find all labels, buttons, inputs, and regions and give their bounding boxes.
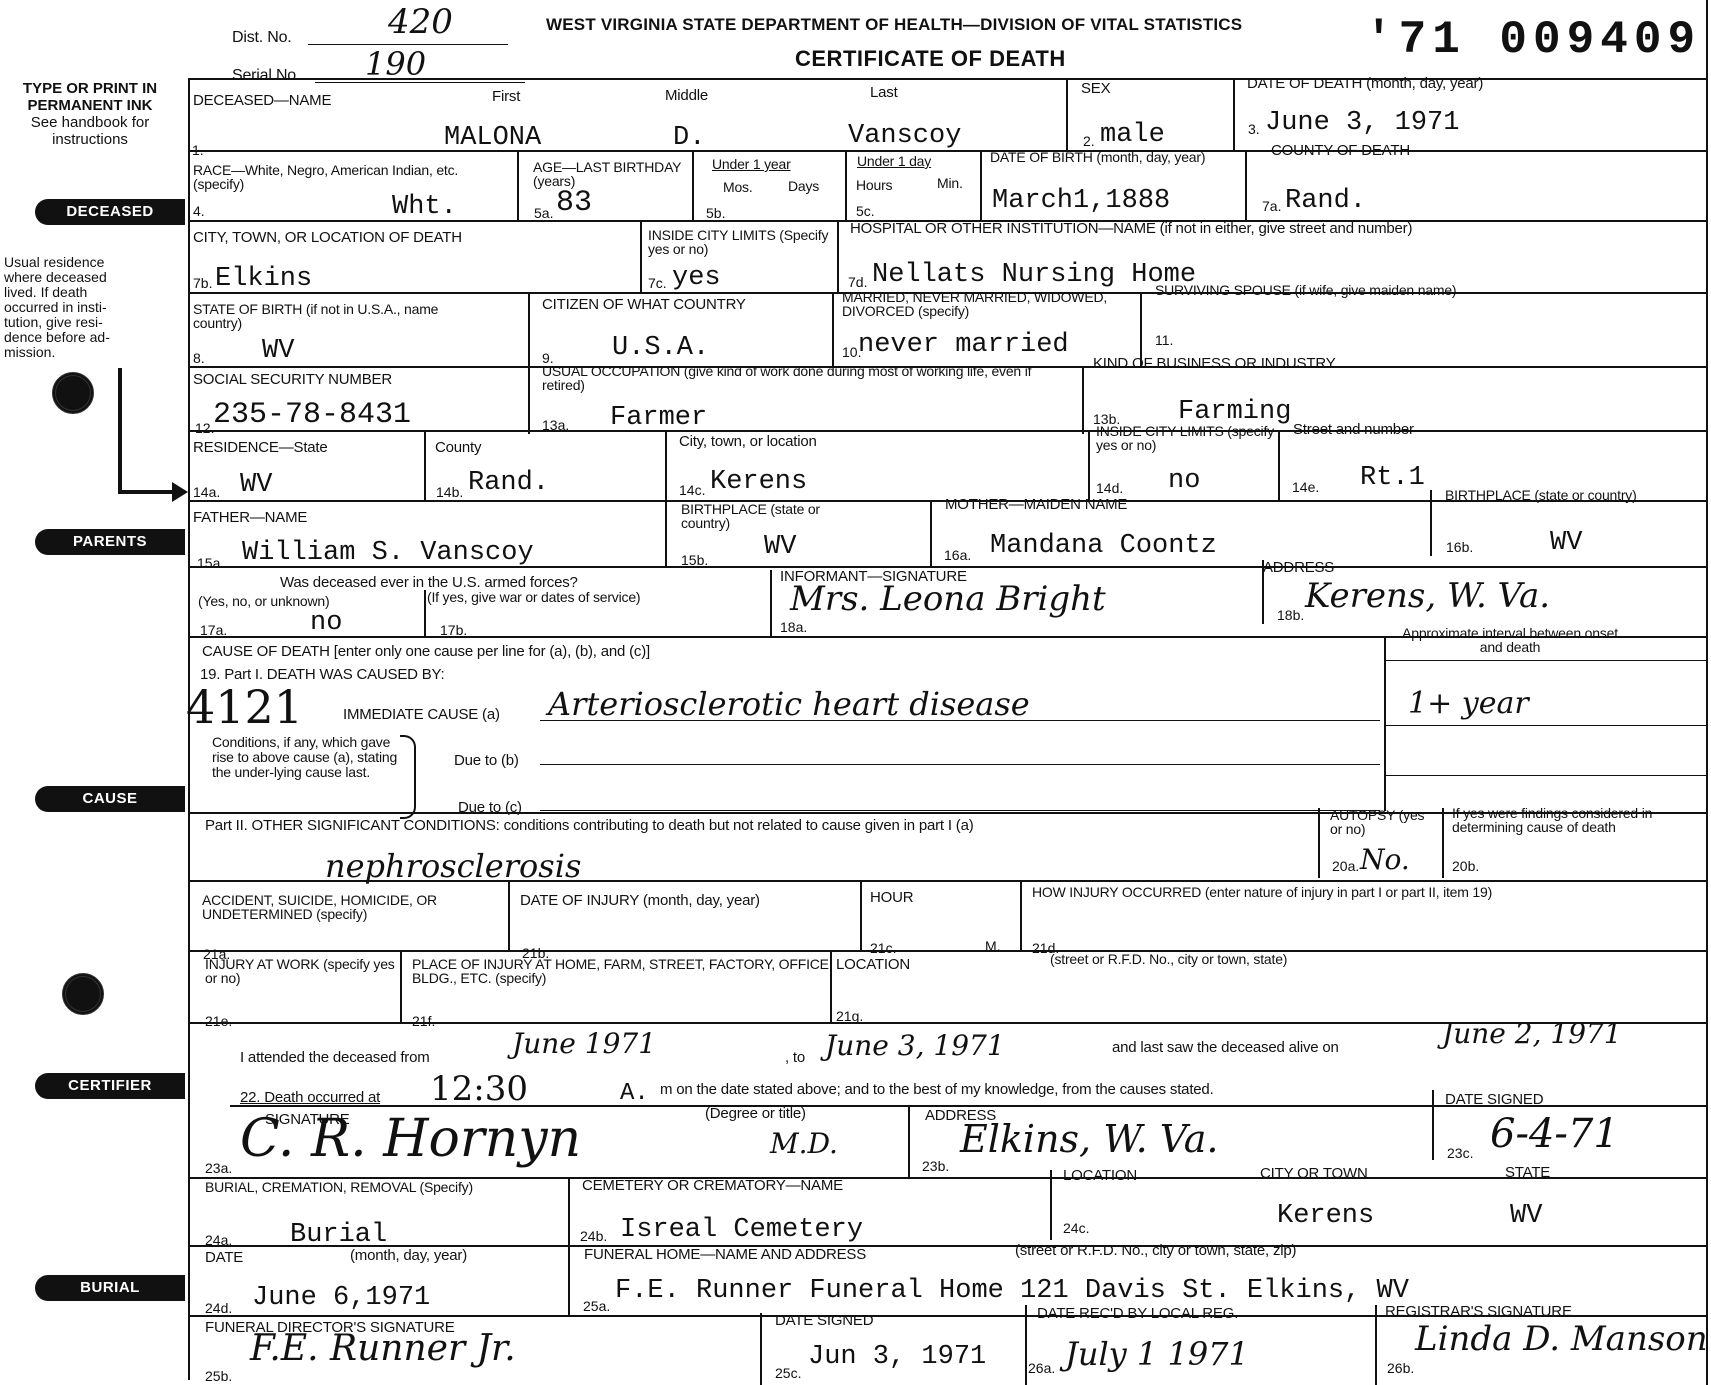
father-label: FATHER—NAME: [193, 510, 307, 525]
last-name: Vanscoy: [848, 123, 961, 150]
autopsy: No.: [1360, 846, 1410, 874]
date-of-death-label: DATE OF DEATH (month, day, year): [1247, 76, 1483, 91]
state-birth-label: STATE OF BIRTH (if not in U.S.A., name c…: [193, 302, 463, 330]
section-tab-certifier: CERTIFIER: [35, 1073, 185, 1099]
age-label: AGE—LAST BIRTHDAY (years): [533, 160, 693, 188]
received-label: DATE REC'D BY LOCAL REG.: [1037, 1306, 1238, 1321]
date-of-birth: March1,1888: [992, 188, 1170, 215]
marital-status: never married: [858, 332, 1069, 359]
race: Wht.: [392, 194, 457, 221]
burial-city-label: CITY OR TOWN: [1260, 1166, 1368, 1181]
last-seen-alive: June 2, 1971: [1442, 1020, 1622, 1048]
certifier-signature: C. R. Hornyn: [240, 1125, 581, 1153]
city-of-death: Elkins: [215, 266, 312, 293]
immediate-cause: Arteriosclerotic heart disease: [548, 690, 1030, 718]
business-label: KIND OF BUSINESS OR INDUSTRY: [1093, 356, 1336, 371]
disposition-label: BURIAL, CREMATION, REMOVAL (Specify): [205, 1180, 505, 1194]
date-received: July 1 1971: [1065, 1340, 1249, 1368]
arrow-right-icon: [172, 482, 188, 502]
mother-birthplace-label: BIRTHPLACE (state or country): [1445, 488, 1645, 502]
residence-note: Usual residence where deceased lived. If…: [4, 255, 178, 360]
father-name: William S. Vanscoy: [242, 540, 534, 567]
res-city-label: City, town, or location: [679, 434, 817, 449]
res-inside-label: INSIDE CITY LIMITS (specify yes or no): [1096, 424, 1276, 452]
ssn-label: SOCIAL SECURITY NUMBER: [193, 372, 392, 387]
manner-label: ACCIDENT, SUICIDE, HOMICIDE, OR UNDETERM…: [202, 893, 502, 921]
injury-date-label: DATE OF INJURY (month, day, year): [520, 893, 760, 908]
funeral-home: F.E. Runner Funeral Home 121 Davis St. E…: [615, 1278, 1409, 1305]
autopsy-label: AUTOPSY (yes or no): [1330, 808, 1440, 836]
funeral-date-signed: Jun 3, 1971: [808, 1344, 986, 1371]
section-tab-parents: PARENTS: [35, 529, 185, 555]
burial-date: June 6,1971: [252, 1285, 430, 1312]
punch-hole-icon: [52, 372, 94, 414]
middle-name: D.: [673, 125, 705, 152]
mother-name: Mandana Coontz: [990, 533, 1217, 560]
res-state: WV: [240, 472, 272, 499]
mother-birthplace: WV: [1550, 530, 1582, 557]
certifier-date-signed-label: DATE SIGNED: [1445, 1092, 1543, 1107]
dist-no: 420: [388, 8, 453, 36]
inside-city: yes: [672, 265, 721, 292]
section-tab-burial: BURIAL: [35, 1275, 185, 1301]
res-inside-city: no: [1168, 468, 1200, 495]
cause-header: CAUSE OF DEATH [enter only one cause per…: [202, 644, 650, 659]
director-signature: F.E. Runner Jr.: [250, 1335, 516, 1363]
hospital: Nellats Nursing Home: [872, 262, 1196, 289]
punch-hole-icon: [62, 973, 104, 1015]
hospital-label: HOSPITAL OR OTHER INSTITUTION—NAME (if n…: [850, 221, 1412, 236]
first-label: First: [492, 89, 520, 104]
burial-date-label: DATE: [205, 1250, 243, 1265]
res-county: Rand.: [468, 470, 549, 497]
serial-no: 190: [365, 50, 426, 78]
other-conditions: nephrosclerosis: [325, 852, 581, 880]
father-birthplace-label: BIRTHPLACE (state or country): [681, 502, 831, 530]
interval: 1+ year: [1408, 690, 1529, 718]
marital-label: MARRIED, NEVER MARRIED, WIDOWED, DIVORCE…: [842, 290, 1142, 318]
informant-address-label: ADDRESS: [1263, 560, 1334, 575]
death-time: 12:30: [430, 1075, 528, 1103]
attended-to: June 3, 1971: [825, 1032, 1005, 1060]
state-of-birth: WV: [262, 338, 294, 365]
arrow-line: [118, 368, 122, 493]
cemetery-label: CEMETERY OR CREMATORY—NAME: [582, 1178, 843, 1193]
dist-no-label: Dist. No.: [232, 30, 292, 45]
race-label: RACE—White, Negro, American Indian, etc.…: [193, 163, 473, 191]
county-of-death: Rand.: [1285, 188, 1366, 215]
how-injury-label: HOW INJURY OCCURRED (enter nature of inj…: [1032, 885, 1682, 899]
sex-label: SEX: [1081, 81, 1110, 96]
instructions-note: TYPE OR PRINT IN PERMANENT INK See handb…: [4, 80, 176, 148]
res-street-label: Street and number: [1293, 422, 1414, 437]
serial-no-label: Serial No.: [232, 68, 300, 83]
part2-label: Part II. OTHER SIGNIFICANT CONDITIONS: c…: [205, 818, 974, 833]
citizen-label: CITIZEN OF WHAT COUNTRY: [542, 297, 746, 312]
am-pm: A.: [620, 1080, 649, 1107]
registrar-signature: Linda D. Manson: [1415, 1325, 1708, 1353]
certifier-address: Elkins, W. Va.: [960, 1125, 1218, 1153]
injury-at-work-label: INJURY AT WORK (specify yes or no): [205, 957, 395, 985]
age: 83: [556, 190, 592, 217]
due-b-label: Due to (b): [454, 753, 519, 768]
section-tab-deceased: DECEASED: [35, 199, 185, 225]
res-city: Kerens: [710, 469, 807, 496]
hour-label: HOUR: [870, 890, 913, 905]
certifier-date-signed: 6-4-71: [1490, 1120, 1619, 1148]
registrar-signature-label: REGISTRAR'S SIGNATURE: [1385, 1304, 1572, 1319]
last-label: Last: [870, 85, 898, 100]
occupation-label: USUAL OCCUPATION (give kind of work done…: [542, 364, 1042, 392]
business: Farming: [1178, 399, 1291, 426]
certifier-degree: M.D.: [770, 1130, 838, 1158]
death-occurred-label: 22. Death occurred at: [240, 1090, 380, 1105]
informant-address: Kerens, W. Va.: [1305, 582, 1550, 610]
findings-label: If yes were findings considered in deter…: [1452, 806, 1692, 834]
brace-icon: [400, 735, 416, 819]
burial-state: WV: [1510, 1203, 1542, 1230]
father-birthplace: WV: [764, 534, 796, 561]
burial-state-label: STATE: [1505, 1165, 1550, 1180]
middle-label: Middle: [665, 88, 708, 103]
agency-title: WEST VIRGINIA STATE DEPARTMENT OF HEALTH…: [546, 15, 1242, 35]
county-label: COUNTY OF DEATH: [1271, 143, 1410, 158]
certificate-number: '71 009409: [1365, 14, 1701, 66]
attended-from: June 1971: [512, 1030, 656, 1058]
cause-code: 4121: [186, 693, 303, 721]
section-tab-cause: CAUSE: [35, 786, 185, 812]
burial-city: Kerens: [1277, 1203, 1374, 1230]
cemetery: Isreal Cemetery: [620, 1217, 863, 1244]
funeral-home-label: FUNERAL HOME—NAME AND ADDRESS: [584, 1247, 866, 1262]
interval-label: Approximate interval between onset and d…: [1395, 626, 1625, 654]
conditions-note: Conditions, if any, which gave rise to a…: [212, 735, 402, 780]
res-street: Rt.1: [1360, 465, 1425, 492]
injury-location-label: LOCATION: [836, 957, 910, 972]
page-title: CERTIFICATE OF DEATH: [795, 46, 1066, 72]
dob-label: DATE OF BIRTH (month, day, year): [990, 150, 1210, 164]
inside-city-label: INSIDE CITY LIMITS (Specify yes or no): [648, 228, 833, 256]
occupation: Farmer: [610, 405, 707, 432]
sex: male: [1100, 122, 1165, 149]
informant-signature: Mrs. Leona Bright: [790, 585, 1106, 613]
funeral-date-signed-label: DATE SIGNED: [775, 1313, 873, 1328]
arrow-line: [118, 490, 178, 494]
attended-text: I attended the deceased from: [240, 1050, 430, 1065]
armed-forces: no: [310, 610, 342, 637]
res-state-label: RESIDENCE—State: [193, 440, 328, 455]
burial-location-label: LOCATION: [1063, 1168, 1137, 1183]
name-label: DECEASED—NAME: [193, 93, 331, 108]
spouse-label: SURVIVING SPOUSE (if wife, give maiden n…: [1155, 283, 1456, 297]
armed-forces-label: Was deceased ever in the U.S. armed forc…: [280, 575, 578, 590]
ssn: 235-78-8431: [213, 402, 411, 429]
injury-place-label: PLACE OF INJURY AT HOME, FARM, STREET, F…: [412, 957, 832, 985]
date-of-death: June 3, 1971: [1265, 110, 1459, 137]
city-label: CITY, TOWN, OR LOCATION OF DEATH: [193, 230, 462, 245]
res-county-label: County: [435, 440, 481, 455]
immediate-cause-label: IMMEDIATE CAUSE (a): [343, 707, 500, 722]
mother-label: MOTHER—MAIDEN NAME: [945, 497, 1127, 512]
citizen: U.S.A.: [612, 335, 709, 362]
first-name: MALONA: [444, 125, 541, 152]
